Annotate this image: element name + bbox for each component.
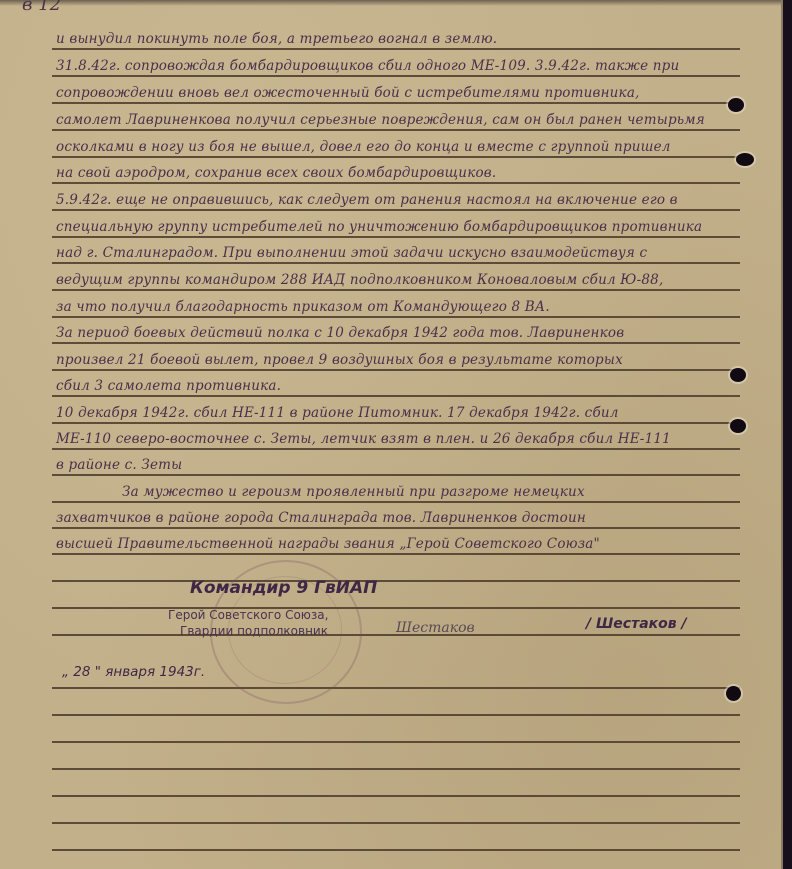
ruled-line (52, 795, 740, 797)
ruled-line (52, 448, 740, 450)
text-line: МЕ-110 северо-восточнее с. Зеты, летчик … (56, 431, 671, 447)
signatory-name: / Шестаков / (586, 616, 687, 632)
ruled-line (52, 182, 740, 184)
text-line: За период боевых действий полка с 10 дек… (56, 325, 624, 341)
binder-hole (728, 98, 744, 112)
text-line: за что получил благодарность приказом от… (56, 299, 550, 315)
ruled-line (52, 48, 740, 50)
text-line: произвел 21 боевой вылет, провел 9 возду… (56, 352, 623, 368)
ruled-line (52, 262, 740, 264)
text-line: сбил 3 самолета противника. (56, 378, 281, 394)
binder-hole (726, 686, 741, 701)
ruled-line (52, 422, 740, 424)
text-line: и вынудил покинуть поле боя, а третьего … (56, 31, 497, 47)
ruled-line (52, 687, 740, 689)
ruled-line (52, 369, 740, 371)
text-line: 31.8.42г. сопровождая бомбардировщиков с… (56, 58, 679, 74)
ruled-line (52, 129, 740, 131)
ruled-line (52, 580, 740, 582)
ruled-line (52, 236, 740, 238)
binder-hole (730, 419, 746, 433)
text-line: ведущим группы командиром 288 ИАД подпол… (56, 272, 663, 288)
ruled-line (52, 75, 740, 77)
ruled-line (52, 849, 740, 851)
text-line: над г. Сталинградом. При выполнении этой… (56, 245, 647, 261)
ruled-line (52, 501, 740, 503)
ruled-line (52, 741, 740, 743)
ruled-line (52, 395, 740, 397)
ruled-line (52, 553, 740, 555)
ruled-line (52, 316, 740, 318)
ruled-line (52, 714, 740, 716)
ruled-line (52, 156, 740, 158)
ruled-line (52, 607, 740, 609)
text-line-conclusion: За мужество и героизм проявленный при ра… (122, 484, 585, 500)
text-line: в районе с. Зеты (56, 457, 182, 473)
ruled-line (52, 527, 740, 529)
signatory-title: Командир 9 ГвИАП (190, 578, 377, 598)
corner-page-mark: в 12 (22, 0, 61, 15)
ruled-line (52, 102, 740, 104)
ruled-line (52, 768, 740, 770)
document-date: „ 28 " января 1943г. (62, 664, 205, 680)
binder-hole (736, 153, 754, 166)
ruled-line (52, 822, 740, 824)
ruled-line (52, 209, 740, 211)
signatory-rank-line-2: Гвардии подполковник (180, 624, 328, 638)
scan-border (783, 0, 792, 869)
page-top-shadow (0, 0, 783, 6)
signatory-rank-line-1: Герой Советского Союза, (168, 608, 328, 622)
text-line: самолет Лавриненкова получил серьезные п… (56, 112, 705, 128)
text-line: 5.9.42г. еще не оправившись, как следует… (56, 192, 678, 208)
text-line: сопровождении вновь вел ожесточенный бой… (56, 85, 640, 101)
document-page: в 12 и вынудил покинуть поле боя, а трет… (0, 0, 783, 869)
text-line: захватчиков в районе города Сталинграда … (56, 510, 586, 526)
handwritten-signature: Шестаков (396, 620, 475, 636)
binder-hole (730, 368, 746, 382)
text-line: специальную группу истребителей по уничт… (56, 219, 702, 235)
ruled-line (52, 342, 740, 344)
ruled-line (52, 289, 740, 291)
text-line: 10 декабря 1942г. сбил НЕ-111 в районе П… (56, 405, 619, 421)
ruled-line (52, 474, 740, 476)
text-line: на свой аэродром, сохранив всех своих бо… (56, 165, 496, 181)
text-line: высшей Правительственной награды звания … (56, 536, 600, 552)
text-line: осколками в ногу из боя не вышел, довел … (56, 139, 671, 155)
